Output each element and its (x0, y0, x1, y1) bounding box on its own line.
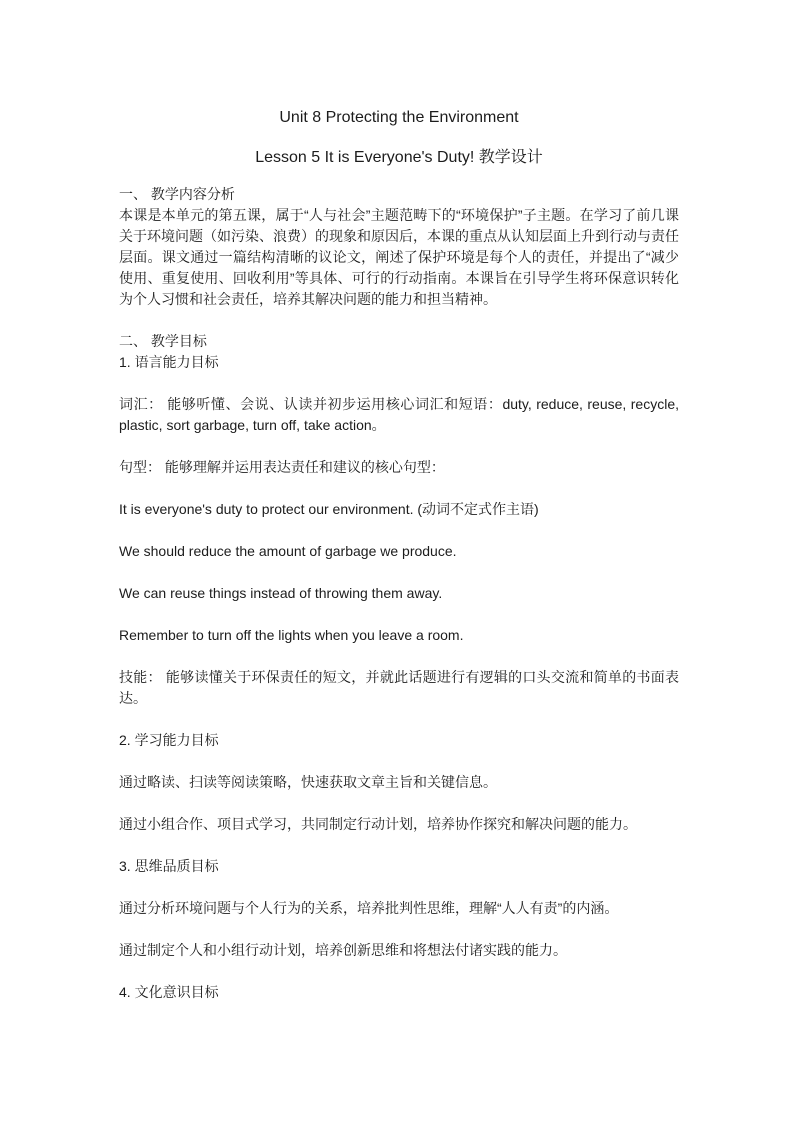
document-page: Unit 8 Protecting the Environment Lesson… (0, 0, 794, 1123)
section-1-heading: 一、 教学内容分析 (119, 184, 679, 205)
pattern-sentence-3: We can reuse things instead of throwing … (119, 583, 679, 604)
section-1-body: 本课是本单元的第五课，属于“人与社会”主题范畴下的“环境保护”子主题。在学习了前… (119, 205, 679, 310)
objective-3-point-2: 通过制定个人和小组行动计划，培养创新思维和将想法付诸实践的能力。 (119, 940, 679, 961)
document-title: Unit 8 Protecting the Environment (119, 106, 679, 130)
objective-3-heading: 3. 思维品质目标 (119, 856, 679, 877)
objective-1-skills: 技能： 能够读懂关于环保责任的短文，并就此话题进行有逻辑的口头交流和简单的书面表… (119, 667, 679, 709)
objective-2-point-2: 通过小组合作、项目式学习，共同制定行动计划，培养协作探究和解决问题的能力。 (119, 814, 679, 835)
objective-2-point-1: 通过略读、扫读等阅读策略，快速获取文章主旨和关键信息。 (119, 772, 679, 793)
objective-1-patterns-intro: 句型： 能够理解并运用表达责任和建议的核心句型： (119, 457, 679, 478)
objective-1-heading: 1. 语言能力目标 (119, 352, 679, 373)
pattern-sentence-1: It is everyone's duty to protect our env… (119, 499, 679, 520)
pattern-sentence-2: We should reduce the amount of garbage w… (119, 541, 679, 562)
objective-2-heading: 2. 学习能力目标 (119, 730, 679, 751)
document-subtitle: Lesson 5 It is Everyone's Duty! 教学设计 (119, 146, 679, 170)
objective-3-point-1: 通过分析环境问题与个人行为的关系，培养批判性思维，理解“人人有责”的内涵。 (119, 898, 679, 919)
objective-4-heading: 4. 文化意识目标 (119, 982, 679, 1003)
pattern-sentence-4: Remember to turn off the lights when you… (119, 625, 679, 646)
objective-1-vocabulary: 词汇： 能够听懂、会说、认读并初步运用核心词汇和短语：duty, reduce,… (119, 394, 679, 436)
section-2-heading: 二、 教学目标 (119, 331, 679, 352)
